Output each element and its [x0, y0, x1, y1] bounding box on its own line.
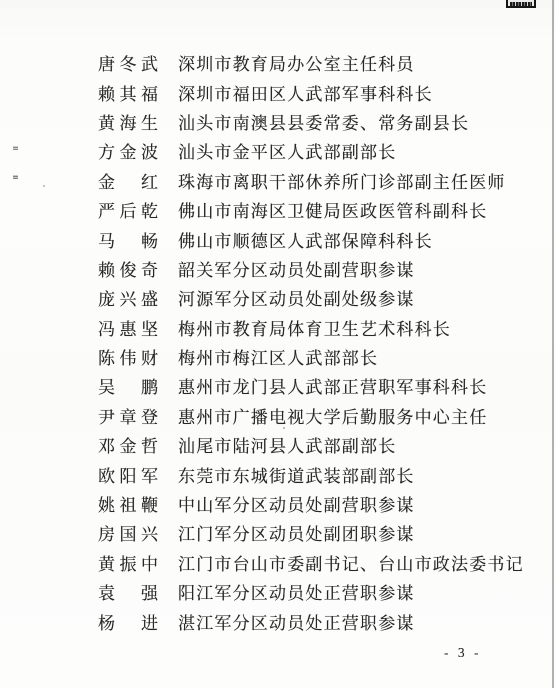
person-name: 唐冬武 [98, 50, 158, 75]
person-position: 湛江军分区动员处正营职参谋 [178, 609, 415, 634]
list-item: 冯惠坚 梅州市教育局体育卫生艺术科科长 [98, 313, 515, 342]
list-item: 方金波 汕头市金平区人武部副部长 [98, 136, 515, 165]
list-item: 赖其福 深圳市福田区人武部军事科科长 [98, 77, 515, 106]
list-item: 欧阳军 东莞市东城街道武装部副部长 [98, 459, 515, 488]
scan-speck [13, 146, 18, 150]
list-item: 房国兴 江门军分区动员处副团职参谋 [98, 518, 515, 547]
person-name: 赖俊奇 [98, 256, 158, 281]
person-name: 房国兴 [98, 520, 158, 545]
person-position: 佛山市顺德区人武部保障科科长 [178, 227, 433, 252]
list-item: 姚祖鞭 中山军分区动员处副营职参谋 [98, 489, 515, 518]
scan-speck [283, 427, 285, 429]
person-name: 严后乾 [98, 197, 158, 222]
list-item: 袁强 阳江军分区动员处正营职参谋 [98, 577, 515, 606]
person-position: 惠州市龙门县人武部正营职军事科科长 [178, 373, 487, 398]
person-name: 袁强 [98, 579, 158, 604]
person-name: 尹章登 [98, 403, 158, 428]
person-name: 陈伟财 [98, 344, 158, 369]
person-name: 金红 [98, 168, 158, 193]
person-name: 黄振中 [98, 550, 158, 575]
list-item: 严后乾 佛山市南海区卫健局医政医管科副科长 [98, 195, 515, 224]
person-name: 方金波 [98, 138, 158, 163]
list-item: 黄振中 江门市台山市委副书记、台山市政法委书记 [98, 548, 515, 577]
person-position: 阳江军分区动员处正营职参谋 [178, 579, 415, 604]
person-name: 马畅 [98, 227, 158, 252]
page-number: - 3 - [444, 645, 482, 661]
person-position: 梅州市教育局体育卫生艺术科科长 [178, 315, 451, 340]
stamp-smudge-icon [510, 2, 532, 6]
person-position: 河源军分区动员处副处级参谋 [178, 285, 415, 310]
list-item: 黄海生 汕头市南澳县县委常委、常务副县长 [98, 107, 515, 136]
person-position: 江门市台山市委副书记、台山市政法委书记 [178, 550, 524, 575]
person-name: 欧阳军 [98, 462, 158, 487]
list-item: 杨进 湛江军分区动员处正营职参谋 [98, 606, 515, 635]
roster: 唐冬武 深圳市教育局办公室主任科员 赖其福 深圳市福田区人武部军事科科长 黄海生… [98, 48, 515, 636]
person-position: 东莞市东城街道武装部副部长 [178, 462, 415, 487]
person-name: 赖其福 [98, 80, 158, 105]
person-position: 梅州市梅江区人武部部长 [178, 344, 378, 369]
person-name: 邓金哲 [98, 432, 158, 457]
person-position: 汕头市金平区人武部副部长 [178, 138, 396, 163]
list-item: 庞兴盛 河源军分区动员处副处级参谋 [98, 283, 515, 312]
list-item: 唐冬武 深圳市教育局办公室主任科员 [98, 48, 515, 77]
list-item: 陈伟财 梅州市梅江区人武部部长 [98, 342, 515, 371]
person-position: 珠海市离职干部休养所门诊部副主任医师 [178, 168, 506, 193]
person-position: 深圳市福田区人武部军事科科长 [178, 80, 433, 105]
person-position: 深圳市教育局办公室主任科员 [178, 50, 415, 75]
person-position: 惠州市广播电视大学后勤服务中心主任 [178, 403, 487, 428]
person-position: 佛山市南海区卫健局医政医管科副科长 [178, 197, 487, 222]
person-position: 韶关军分区动员处副营职参谋 [178, 256, 415, 281]
scan-edge-line [552, 0, 554, 688]
scan-speck [43, 185, 45, 187]
list-item: 马畅 佛山市顺德区人武部保障科科长 [98, 224, 515, 253]
list-item: 尹章登 惠州市广播电视大学后勤服务中心主任 [98, 401, 515, 430]
person-position: 江门军分区动员处副团职参谋 [178, 520, 415, 545]
person-name: 杨进 [98, 609, 158, 634]
person-position: 汕头市南澳县县委常委、常务副县长 [178, 109, 469, 134]
list-item: 吴鹏 惠州市龙门县人武部正营职军事科科长 [98, 371, 515, 400]
person-name: 冯惠坚 [98, 315, 158, 340]
person-name: 姚祖鞭 [98, 491, 158, 516]
person-name: 黄海生 [98, 109, 158, 134]
person-name: 吴鹏 [98, 373, 158, 398]
person-name: 庞兴盛 [98, 285, 158, 310]
list-item: 金红 珠海市离职干部休养所门诊部副主任医师 [98, 166, 515, 195]
person-position: 汕尾市陆河县人武部副部长 [178, 432, 396, 457]
scan-speck [13, 175, 18, 179]
list-item: 邓金哲 汕尾市陆河县人武部副部长 [98, 430, 515, 459]
list-item: 赖俊奇 韶关军分区动员处副营职参谋 [98, 254, 515, 283]
person-position: 中山军分区动员处副营职参谋 [178, 491, 415, 516]
document-page: 唐冬武 深圳市教育局办公室主任科员 赖其福 深圳市福田区人武部军事科科长 黄海生… [0, 0, 555, 688]
corner-stamp [506, 0, 536, 8]
